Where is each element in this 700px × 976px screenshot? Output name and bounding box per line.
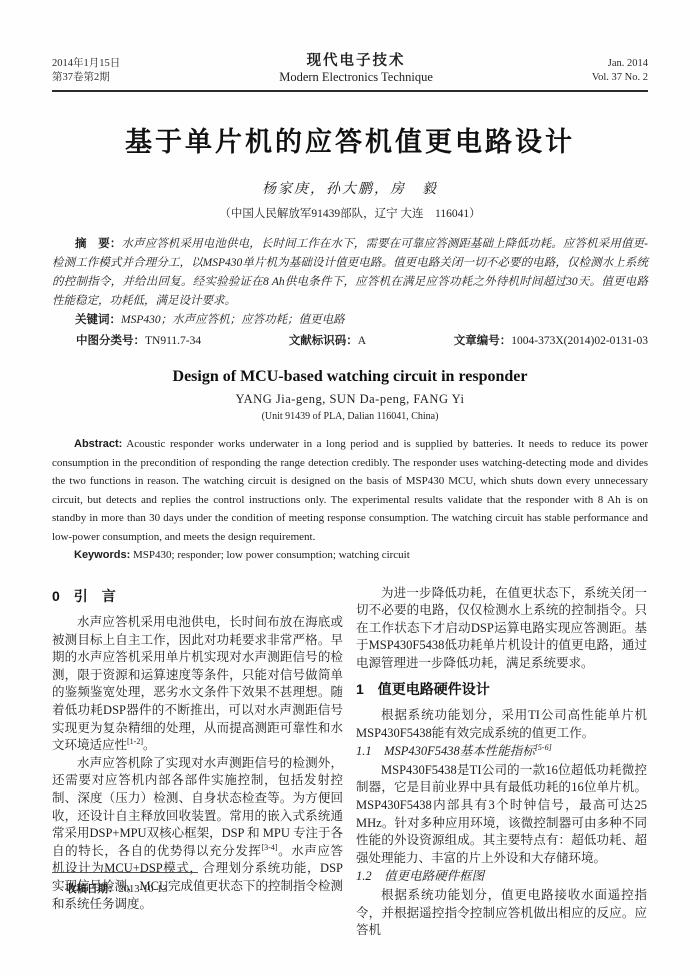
header-right: Jan. 2014 Vol. 37 No. 2 bbox=[592, 57, 648, 85]
footnote-rule bbox=[52, 872, 198, 873]
authors-en: YANG Jia-geng, SUN Da-peng, FANG Yi bbox=[52, 392, 648, 407]
subsection-heading-1-1-text: 1.1 MSP430F5438基本性能指标 bbox=[356, 744, 535, 758]
abstract-cn-paragraph: 摘 要：水声应答机采用电池供电，长时间工作在水下，需要在可靠应答测距基础上降低功… bbox=[52, 235, 648, 311]
affiliation-en: (Unit 91439 of PLA, Dalian 116041, China… bbox=[52, 411, 648, 422]
received-date: 收稿日期：2013-10-13 bbox=[52, 881, 352, 896]
journal-date-cn: 2014年1月15日 bbox=[52, 57, 120, 71]
clc-item: 中图分类号：TN911.7-34 bbox=[76, 332, 201, 351]
right-paragraph-1: 为进一步降低功耗，在值更状态下，系统关闭一切不必要的电路，仅仅检测水上系统的控制… bbox=[356, 585, 647, 673]
right-paragraph-4: 根据系统功能划分，值更电路接收水面遥控指令，并根据遥控指令控制应答机做出相应的反… bbox=[356, 887, 647, 940]
keywords-cn-line: 关键词：MSP430；水声应答机；应答功耗；值更电路 bbox=[52, 311, 648, 330]
subsection-heading-1-1: 1.1 MSP430F5438基本性能指标[5-6] bbox=[356, 743, 647, 761]
right-paragraph-2: 根据系统功能划分，采用TI公司高性能单片机MSP430F5438能有效完成系统的… bbox=[356, 707, 647, 742]
article-title-en: Design of MCU-based watching circuit in … bbox=[52, 368, 648, 386]
abstract-text-en: Acoustic responder works underwater in a… bbox=[52, 438, 648, 543]
authors-cn: 杨家庚，孙大鹏，房 毅 bbox=[52, 178, 648, 198]
classification-row: 中图分类号：TN911.7-34 文献标识码：A 文章编号：1004-373X(… bbox=[52, 332, 648, 351]
subsection-heading-1-2: 1.2 值更电路硬件框图 bbox=[356, 868, 647, 886]
doc-code-value: A bbox=[358, 335, 366, 347]
header-center: 现代电子技术 Modern Electronics Technique bbox=[279, 53, 433, 85]
article-id-value: 1004-373X(2014)02-0131-03 bbox=[511, 335, 648, 347]
right-paragraph-3: MSP430F5438是TI公司的一款16位超低功耗微控制器，它是目前业界中具有… bbox=[356, 762, 647, 868]
header-left: 2014年1月15日 第37卷第2期 bbox=[52, 57, 120, 85]
footnote: 收稿日期：2013-10-13 bbox=[52, 872, 352, 896]
abstract-text-cn: 水声应答机采用电池供电，长时间工作在水下，需要在可靠应答测距基础上降低功耗。应答… bbox=[52, 238, 648, 307]
received-date-label: 收稿日期： bbox=[66, 883, 119, 895]
keywords-text-en: MSP430; responder; low power consumption… bbox=[130, 549, 410, 561]
intro-paragraph-2-text: 水声应答机除了实现对水声测距信号的检测外，还需要对应答机内部各部件实施控制，包括… bbox=[52, 756, 343, 858]
column-right: 为进一步降低功耗，在值更状态下，系统关闭一切不必要的电路，仅仅检测水上系统的控制… bbox=[356, 585, 647, 940]
journal-date-en: Jan. 2014 bbox=[592, 57, 648, 71]
abstract-cn-block: 摘 要：水声应答机采用电池供电，长时间工作在水下，需要在可靠应答测距基础上降低功… bbox=[52, 235, 648, 330]
journal-issue-cn: 第37卷第2期 bbox=[52, 71, 120, 85]
article-id-item: 文章编号：1004-373X(2014)02-0131-03 bbox=[454, 332, 648, 351]
affiliation-cn: （中国人民解放军91439部队，辽宁 大连 116041） bbox=[52, 205, 648, 221]
intro-paragraph-1: 水声应答机采用电池供电，长时间布放在海底或被测目标上自主工作，因此对功耗要求非常… bbox=[52, 614, 343, 755]
abstract-en-block: Abstract: Acoustic responder works under… bbox=[52, 435, 648, 565]
article-id-label: 文章编号： bbox=[454, 335, 512, 347]
abstract-label-en: Abstract: bbox=[74, 438, 122, 450]
article-title-cn: 基于单片机的应答机值更电路设计 bbox=[52, 120, 648, 159]
clc-value: TN911.7-34 bbox=[145, 335, 201, 347]
journal-header: 2014年1月15日 第37卷第2期 现代电子技术 Modern Electro… bbox=[52, 53, 648, 92]
abstract-label-cn: 摘 要： bbox=[75, 238, 121, 250]
abstract-en-paragraph: Abstract: Acoustic responder works under… bbox=[52, 435, 648, 546]
received-date-value: 2013-10-13 bbox=[119, 884, 168, 895]
keywords-text-cn: MSP430；水声应答机；应答功耗；值更电路 bbox=[121, 314, 345, 326]
keywords-label-cn: 关键词： bbox=[75, 314, 121, 326]
section-heading-1: 1 值更电路硬件设计 bbox=[356, 681, 647, 699]
section-heading-0: 0 引 言 bbox=[52, 588, 343, 606]
citation-ref-1-2: [1-2] bbox=[127, 737, 143, 746]
intro-paragraph-1-text: 水声应答机采用电池供电，长时间布放在海底或被测目标上自主工作，因此对功耗要求非常… bbox=[52, 615, 343, 752]
keywords-en-line: Keywords: MSP430; responder; low power c… bbox=[52, 546, 648, 565]
journal-page: 2014年1月15日 第37卷第2期 现代电子技术 Modern Electro… bbox=[0, 0, 700, 976]
keywords-label-en: Keywords: bbox=[74, 549, 130, 561]
journal-title-en: Modern Electronics Technique bbox=[279, 70, 433, 85]
journal-title-cn: 现代电子技术 bbox=[279, 53, 433, 70]
journal-issue-en: Vol. 37 No. 2 bbox=[592, 71, 648, 85]
doc-code-item: 文献标识码：A bbox=[289, 332, 366, 351]
intro-paragraph-1-tail: 。 bbox=[143, 738, 156, 752]
clc-label: 中图分类号： bbox=[76, 335, 145, 347]
citation-ref-5-6: [5-6] bbox=[535, 743, 552, 752]
doc-code-label: 文献标识码： bbox=[289, 335, 358, 347]
citation-ref-3-4: [3-4] bbox=[262, 843, 278, 852]
